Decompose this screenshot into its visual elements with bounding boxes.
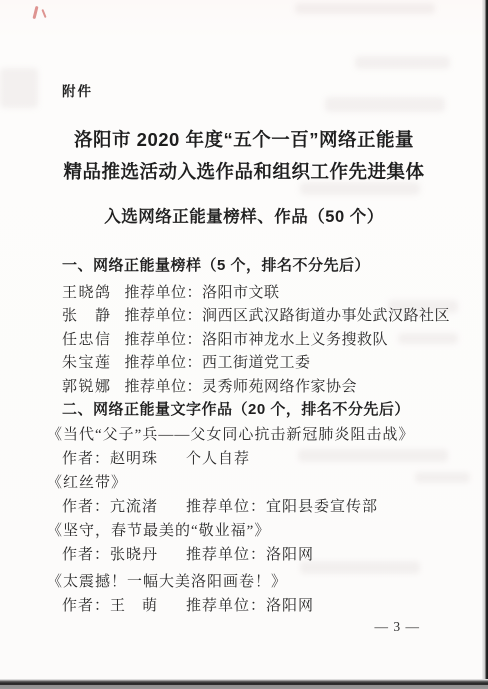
author-name: 作者：亢流渚 — [62, 495, 186, 516]
bleed-through-artifact — [398, 333, 458, 344]
entry-name: 张 静 — [62, 304, 112, 325]
role-model-entry: 朱宝莲推荐单位：西工街道党工委 — [62, 351, 311, 372]
scan-page-bottom-edge — [0, 679, 488, 689]
bleed-through-artifact — [415, 472, 470, 483]
author-name: 作者：赵明珠 — [62, 447, 186, 468]
scan-page-right-edge — [482, 0, 488, 689]
role-model-entry: 张 静推荐单位：涧西区武汉路街道办事处武汉路社区 — [62, 304, 450, 325]
entry-recommender: 推荐单位：涧西区武汉路街道办事处武汉路社区 — [125, 308, 451, 324]
page-number: — 3 — — [375, 619, 421, 635]
attachment-label: 附件 — [62, 80, 93, 100]
role-model-entry: 郭锐娜推荐单位：灵秀师苑网络作家协会 — [62, 375, 357, 396]
scanned-document-page: 附件 洛阳市 2020 年度“五个一百”网络正能量 精品推选活动入选作品和组织工… — [0, 0, 488, 689]
entry-name: 郭锐娜 — [62, 375, 112, 396]
entry-name: 任忠信 — [62, 328, 112, 349]
red-pen-mark — [32, 6, 38, 19]
entry-recommender: 推荐单位：西工街道党工委 — [125, 355, 311, 371]
work-author-line: 作者：王 萌推荐单位：洛阳网 — [62, 594, 314, 615]
entry-recommender: 推荐单位：灵秀师苑网络作家协会 — [125, 379, 358, 395]
author-name: 作者：王 萌 — [62, 594, 186, 615]
entry-name: 朱宝莲 — [62, 351, 112, 372]
role-model-entry: 王晓鸽推荐单位：洛阳市文联 — [62, 281, 280, 302]
document-subtitle: 入选网络正能量榜样、作品（50 个） — [0, 203, 488, 227]
work-title: 《当代“父子”兵——父女同心抗击新冠肺炎阻击战》 — [47, 423, 414, 444]
document-title-line2: 精品推选活动入选作品和组织工作先进集体 — [0, 158, 488, 184]
entry-recommender: 推荐单位：洛阳市文联 — [125, 285, 280, 301]
work-title: 《坚守，春节最美的“敬业福”》 — [47, 519, 270, 540]
bleed-through-artifact — [325, 97, 445, 112]
work-title: 《太震撼！一幅大美洛阳画卷！》 — [47, 570, 287, 591]
role-model-entry: 任忠信推荐单位：洛阳市神龙水上义务搜救队 — [62, 328, 388, 349]
section2-heading: 二、网络正能量文字作品（20 个，排名不分先后） — [62, 398, 410, 419]
author-name: 作者：张晓丹 — [62, 543, 186, 564]
bleed-through-artifact — [295, 3, 435, 14]
bleed-through-artifact — [298, 449, 448, 462]
entry-recommender: 推荐单位：洛阳市神龙水上义务搜救队 — [125, 332, 389, 348]
author-recommendation: 个人自荐 — [186, 451, 250, 467]
bleed-through-artifact — [355, 56, 450, 69]
work-author-line: 作者：张晓丹推荐单位：洛阳网 — [62, 543, 314, 564]
entry-name: 王晓鸽 — [62, 281, 112, 302]
work-author-line: 作者：赵明珠个人自荐 — [62, 447, 250, 468]
section1-heading: 一、网络正能量榜样（5 个，排名不分先后） — [62, 254, 370, 275]
bleed-through-artifact — [300, 561, 420, 574]
work-author-line: 作者：亢流渚推荐单位：宜阳县委宣传部 — [62, 495, 378, 516]
document-title-line1: 洛阳市 2020 年度“五个一百”网络正能量 — [0, 126, 488, 152]
work-title: 《红丝带》 — [47, 471, 127, 492]
author-recommendation: 推荐单位：洛阳网 — [186, 598, 314, 614]
red-pen-mark — [41, 9, 46, 18]
bleed-through-artifact — [0, 68, 38, 108]
author-recommendation: 推荐单位：宜阳县委宣传部 — [186, 499, 378, 515]
author-recommendation: 推荐单位：洛阳网 — [186, 547, 314, 563]
